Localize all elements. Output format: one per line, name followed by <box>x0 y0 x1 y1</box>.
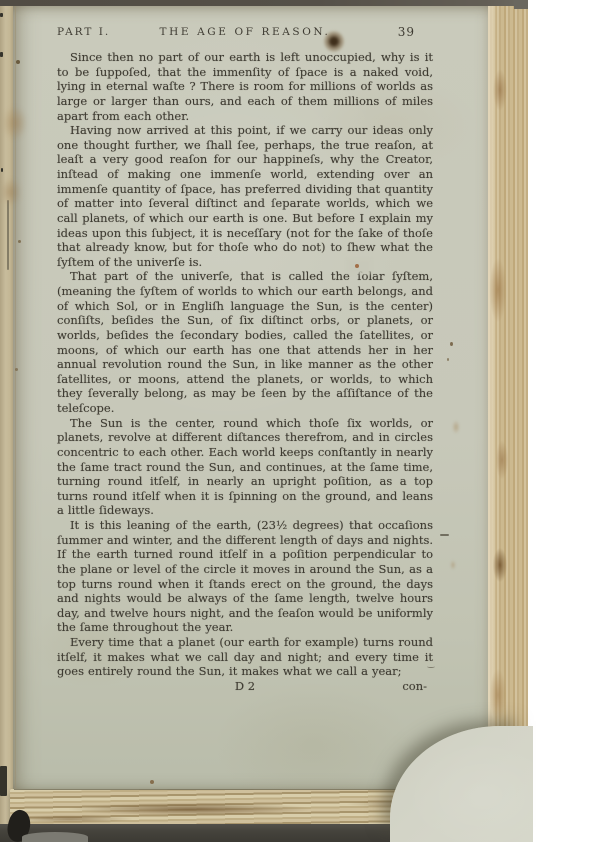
edge-ink-mark <box>1 168 3 172</box>
backdrop-gray-wedge <box>22 832 88 842</box>
header-part-label: PART I. <box>57 26 110 39</box>
signature-row: D 2 con- <box>57 679 433 694</box>
gutter-crease-line <box>15 5 16 791</box>
running-header: PART I. THE AGE OF REASON. 39 <box>57 26 433 39</box>
paragraph: That part of the univerſe, that is calle… <box>57 269 433 415</box>
edge-crease-line <box>7 200 9 270</box>
paragraph: Having now arrived at this point, if we … <box>57 123 433 269</box>
edge-ink-mark <box>0 13 3 17</box>
signature-mark: D 2 <box>235 679 255 693</box>
book-fore-edge <box>488 0 528 830</box>
page-number: 39 <box>398 26 415 39</box>
edge-ink-mark <box>0 52 3 57</box>
paragraph: Every time that a planet (our earth for … <box>57 635 433 679</box>
edge-dark-mark <box>0 766 7 796</box>
scanned-book-page: PART I. THE AGE OF REASON. 39 Since then… <box>0 0 595 842</box>
scanner-background <box>528 0 595 842</box>
text-column: PART I. THE AGE OF REASON. 39 Since then… <box>57 26 433 694</box>
paragraph: Since then no part of our earth is left … <box>57 50 433 123</box>
paragraph: The Sun is the center, round which thoſe… <box>57 416 433 518</box>
body-text: Since then no part of our earth is left … <box>57 50 433 679</box>
scan-backdrop-top <box>0 0 528 6</box>
catchword: con- <box>402 679 427 694</box>
paragraph: It is this leaning of the earth, (23½ de… <box>57 518 433 635</box>
header-book-title: THE AGE OF REASON. <box>160 26 331 39</box>
adjacent-page-edge <box>0 0 14 842</box>
